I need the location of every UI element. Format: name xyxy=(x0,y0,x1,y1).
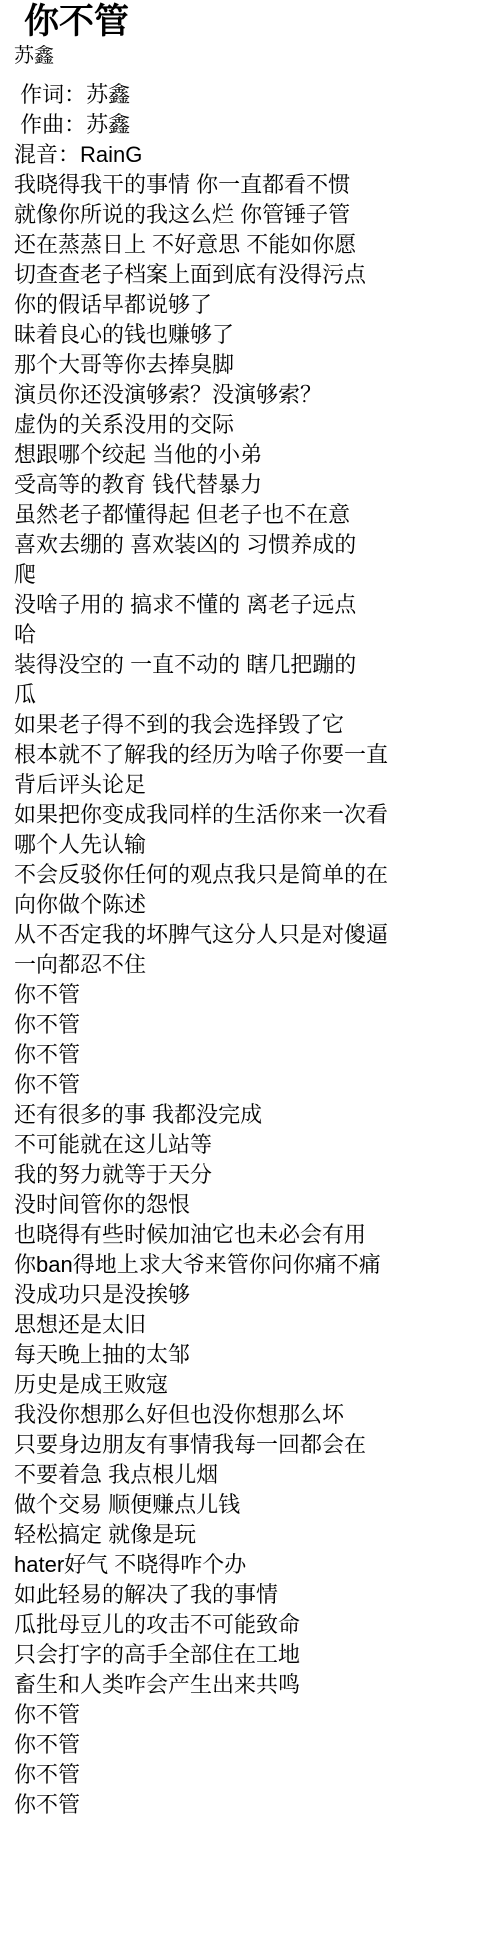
lyric-line: 只要身边朋友有事情我每一回都会在 xyxy=(14,1430,494,1460)
lyric-line: 我没你想那么好但也没你想那么坏 xyxy=(14,1400,494,1430)
lyric-line: 只会打字的高手全部住在工地 xyxy=(14,1640,494,1670)
lyric-line: 从不否定我的坏脾气这分人只是对傻逼 xyxy=(14,920,494,950)
lyric-line: 没啥子用的 搞求不懂的 离老子远点 xyxy=(14,590,494,620)
lyric-line: 你ban得地上求大爷来管你问你痛不痛 xyxy=(14,1250,494,1280)
lyric-line: 你不管 xyxy=(14,1760,494,1790)
lyric-line: 还有很多的事 我都没完成 xyxy=(14,1100,494,1130)
lyric-line: 不会反驳你任何的观点我只是简单的在 xyxy=(14,860,494,890)
lyric-line: 轻松搞定 就像是玩 xyxy=(14,1520,494,1550)
lyric-line: 没时间管你的怨恨 xyxy=(14,1190,494,1220)
lyric-line: 你不管 xyxy=(14,1730,494,1760)
lyric-line: 受高等的教育 钱代替暴力 xyxy=(14,470,494,500)
lyric-line: 我的努力就等于天分 xyxy=(14,1160,494,1190)
lyric-line: 虽然老子都懂得起 但老子也不在意 xyxy=(14,500,494,530)
lyric-line: 你不管 xyxy=(14,1010,494,1040)
lyric-line: 切查查老子档案上面到底有没得污点 xyxy=(14,260,494,290)
lyric-line: 你不管 xyxy=(14,1040,494,1070)
artist-name: 苏鑫 xyxy=(0,44,500,68)
song-title: 你不管 xyxy=(0,0,500,42)
lyric-line: 爬 xyxy=(14,560,494,590)
lyric-line: 瓜批母豆儿的攻击不可能致命 xyxy=(14,1610,494,1640)
lyric-line: hater好气 不晓得咋个办 xyxy=(14,1550,494,1580)
lyric-line: 哪个人先认输 xyxy=(14,830,494,860)
lyric-line: 畜生和人类咋会产生出来共鸣 xyxy=(14,1670,494,1700)
lyric-line: 昧着良心的钱也赚够了 xyxy=(14,320,494,350)
lyric-line: 喜欢去绷的 喜欢装凶的 习惯养成的 xyxy=(14,530,494,560)
lyric-line: 演员你还没演够索？没演够索？ xyxy=(14,380,494,410)
lyric-line: 向你做个陈述 xyxy=(14,890,494,920)
lyric-line: 也晓得有些时候加油它也未必会有用 xyxy=(14,1220,494,1250)
credit-line: 混音：RainG xyxy=(14,140,494,170)
lyric-line: 那个大哥等你去捧臭脚 xyxy=(14,350,494,380)
lyric-line: 你不管 xyxy=(14,1700,494,1730)
lyric-line: 就像你所说的我这么烂 你管锤子管 xyxy=(14,200,494,230)
lyric-line: 虚伪的关系没用的交际 xyxy=(14,410,494,440)
lyric-line: 你不管 xyxy=(14,1070,494,1100)
lyric-line: 如果老子得不到的我会选择毁了它 xyxy=(14,710,494,740)
lyric-line: 想跟哪个绞起 当他的小弟 xyxy=(14,440,494,470)
lyric-line: 装得没空的 一直不动的 瞎几把蹦的 xyxy=(14,650,494,680)
lyric-line: 哈 xyxy=(14,620,494,650)
lyric-line: 背后评头论足 xyxy=(14,770,494,800)
lyric-line: 不可能就在这儿站等 xyxy=(14,1130,494,1160)
credit-line: 作词：苏鑫 xyxy=(14,80,494,110)
lyric-line: 根本就不了解我的经历为啥子你要一直 xyxy=(14,740,494,770)
lyric-line: 我晓得我干的事情 你一直都看不惯 xyxy=(14,170,494,200)
lyrics-body: 我晓得我干的事情 你一直都看不惯就像你所说的我这么烂 你管锤子管还在蒸蒸日上 不… xyxy=(0,170,500,1820)
lyric-line: 如此轻易的解决了我的事情 xyxy=(14,1580,494,1610)
lyric-line: 如果把你变成我同样的生活你来一次看 xyxy=(14,800,494,830)
lyric-line: 瓜 xyxy=(14,680,494,710)
credit-line: 作曲：苏鑫 xyxy=(14,110,494,140)
lyric-line: 做个交易 顺便赚点儿钱 xyxy=(14,1490,494,1520)
lyric-line: 思想还是太旧 xyxy=(14,1310,494,1340)
lyrics-page: 你不管 苏鑫 作词：苏鑫 作曲：苏鑫混音：RainG 我晓得我干的事情 你一直都… xyxy=(0,0,500,1820)
credits: 作词：苏鑫 作曲：苏鑫混音：RainG xyxy=(0,80,500,170)
lyric-line: 历史是成王败寇 xyxy=(14,1370,494,1400)
lyric-line: 你不管 xyxy=(14,1790,494,1820)
lyric-line: 每天晚上抽的太邹 xyxy=(14,1340,494,1370)
lyric-line: 你的假话早都说够了 xyxy=(14,290,494,320)
lyric-line: 你不管 xyxy=(14,980,494,1010)
lyric-line: 没成功只是没挨够 xyxy=(14,1280,494,1310)
lyric-line: 一向都忍不住 xyxy=(14,950,494,980)
lyric-line: 还在蒸蒸日上 不好意思 不能如你愿 xyxy=(14,230,494,260)
lyric-line: 不要着急 我点根儿烟 xyxy=(14,1460,494,1490)
